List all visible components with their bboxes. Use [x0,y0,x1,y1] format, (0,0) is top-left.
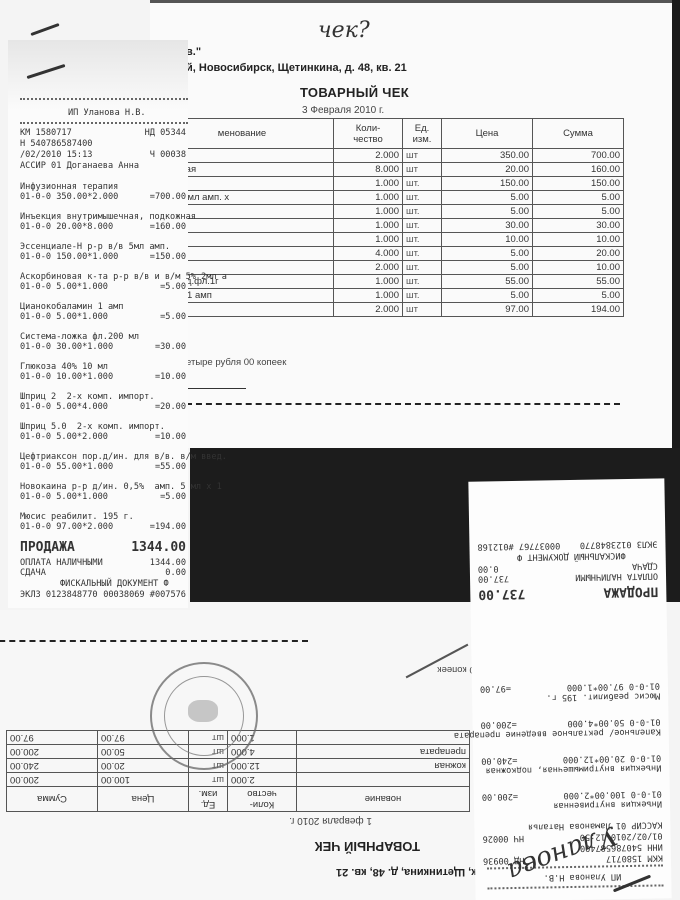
slip-title: ТОВАРНЫЙ ЧЕК [315,839,420,854]
cell-qty: 2.000 [334,303,403,317]
cell-price: 5.00 [442,261,533,275]
item-sum: =97.00 [480,683,511,694]
cash-value: 737.00 [478,573,509,584]
item-sum: =10.00 [155,432,186,442]
cell-unit: шт. [403,275,442,289]
item-sum: =5.00 [160,312,186,322]
item-calc: 01-0-0 100.00*2.000 [563,788,661,800]
item-name: Шприц 5.0 2-х комп. импорт. [20,422,165,432]
cell-qty: 2.000 [334,149,403,163]
cell-sum: 20.00 [533,247,624,261]
cell-price: 5.00 [442,205,533,219]
item-calc: 01-0-0 5.00*2.000 [20,432,108,442]
table-row: 1.000шт.5.005.00 [151,205,624,219]
check-number: Ч 00038 [150,150,186,160]
cell-qty: 1.000 [334,233,403,247]
cell-price: 5.00 [442,289,533,303]
cell-qty: 1.000 [334,177,403,191]
item-sum: =150.00 [150,252,186,262]
cell-price: 30.00 [442,219,533,233]
item-calc: 01-0-0 350.00*2.000 [20,192,118,202]
cell-sum: 10.00 [533,261,624,275]
cell-sum: 150.00 [533,177,624,191]
cell-sum: 5.00 [533,205,624,219]
seller-name: ИП Уланова Н.В. [68,108,146,118]
table-row: /м 5% 2мл амп. х1.000шт.5.005.00 [151,191,624,205]
cell-unit: шт [403,149,442,163]
fiscal-document: ФИСКАЛЬНЫЙ ДОКУМЕНТ Ф [60,579,169,589]
item-calc: 01-0-0 5.00*1.000 [20,312,108,322]
cell-unit: шт. [403,205,442,219]
cash-label: ОПЛАТА НАЛИЧНЫМИ [575,570,658,581]
cell-unit: шт. [403,247,442,261]
sale-label: ПРОДАЖА [20,540,75,555]
item-name: Цефтриаксон пор.д/ин. для в/в. в/м введ. [20,452,227,462]
item-calc: 01-0-0 50.00*4.000 [567,716,660,728]
cell-qty: 2.000 [228,773,297,787]
item-calc: 01-0-0 55.00*1.000 [20,462,113,472]
cell-unit: шт [403,303,442,317]
kkm-number: КМ 1580717 [20,128,72,138]
item-name: Инъекция внутримышечная, подкожная [20,212,196,222]
cut-line [186,403,620,405]
change-label: СДАЧА [632,560,658,570]
column-header: Коли- чество [228,787,297,812]
item-sum: =200.00 [482,791,518,802]
cell-name: кожная [297,759,470,773]
cash-register-receipt-left: ИП Уланова Н.В. КМ 1580717 НД 05344 Н 54… [8,40,188,608]
cell-sum: 30.00 [533,219,624,233]
item-name: Инъекция внутривенная [553,798,662,810]
cell-unit: шт [403,163,442,177]
cell-qty: 1.000 [334,219,403,233]
item-calc: 01-0-0 20.00*12.000 [563,752,661,764]
item-sum: =5.00 [160,492,186,502]
kkm-number: ККМ 1580717 [606,852,663,863]
table-row: л.1.000шт.150.00150.00 [151,177,624,191]
sale-label: ПРОДАЖА [603,583,658,599]
column-header: Ед. изм. [189,787,228,812]
cell-qty: 1.000 [334,275,403,289]
doc-numbers: 00038069 #007576 [103,590,186,600]
item-sum: =700.00 [150,192,186,202]
doc-numbers: 00037767 #012168 [477,540,560,551]
item-calc: 01-0-0 10.00*1.000 [20,372,113,382]
cell-sum: 160.00 [533,163,624,177]
total-in-words: етыре рубля 00 копеек [186,357,286,368]
handwritten-note: чек? [318,18,370,43]
item-name: Шприц 2 2-х комп. импорт. [20,392,155,402]
item-name: Глюкоза 40% 10 мл [20,362,108,372]
cell-unit: шт [189,773,228,787]
cut-line [0,640,308,642]
item-calc: 01-0-0 150.00*1.000 [20,252,118,262]
cell-price: 5.00 [442,247,533,261]
round-stamp [150,662,258,770]
table-row: 1.000шт.30.0030.00 [151,219,624,233]
item-sum: =10.00 [155,372,186,382]
slip-title: ТОВАРНЫЙ ЧЕК [300,85,409,100]
item-sum: =160.00 [150,222,186,232]
cell-sum: 194.00 [533,303,624,317]
cell-price: 350.00 [442,149,533,163]
column-header: Цена [442,119,533,149]
table-row: 2.000шт100.00200.00 [7,773,470,787]
cell-unit: шт. [403,233,442,247]
cell-price: 100.00 [98,773,189,787]
cell-qty: 4.000 [334,247,403,261]
change-label: СДАЧА [20,568,46,578]
table-row: п. 5 мл 1 амп1.000шт.5.005.00 [151,289,624,303]
receipt-datetime: /02/2010 15:13 [20,150,92,160]
table-row: 1.000шт.10.0010.00 [151,233,624,247]
table-row: кожная12.000шт20.00240.00 [7,759,470,773]
item-sum: =240.00 [481,755,517,766]
inn-number: Н 540786587400 [20,139,92,149]
item-calc: 01-0-0 30.00*1.000 [20,342,113,352]
cell-sum: 5.00 [533,191,624,205]
org-name: в." [186,46,201,58]
item-sum: =200.00 [481,719,517,730]
item-calc: 01-0-0 5.00*1.000 [20,282,108,292]
cell-price: 10.00 [442,233,533,247]
item-name: Цианокобаламин 1 амп [20,302,123,312]
change-value: 0.00 [165,568,186,578]
signature-line [186,388,246,389]
sale-total: 737.00 [478,586,525,602]
cell-sum: 97.00 [7,731,98,745]
cell-qty: 2.000 [334,261,403,275]
cell-unit: шт. [403,261,442,275]
item-calc: 01-0-0 97.00*2.000 [20,522,113,532]
cell-sum: 5.00 [533,289,624,303]
fiscal-document: ФИСКАЛЬНЫЙ ДОКУМЕНТ Ф [517,550,626,562]
cell-qty: 1.000 [334,289,403,303]
item-sum: =5.00 [160,282,186,292]
item-name: Инфузионная терапия [20,182,118,192]
cell-unit: шт. [403,191,442,205]
column-header: нование [297,787,470,812]
table-row: одкожная8.000шт20.00160.00 [151,163,624,177]
cell-qty: 1.000 [334,191,403,205]
change-value: 0.00 [478,563,499,573]
item-calc: 01-0-0 5.00*1.000 [20,492,108,502]
org-address: й, Новосибирск, Щетинкина, д. 48, кв. 21 [186,62,407,74]
cell-name [297,773,470,787]
cell-unit: шт. [403,177,442,191]
item-name: Эссенциале-Н р-р в/в 5мл амп. [20,242,170,252]
pen-mark [30,23,59,36]
cell-price: 150.00 [442,177,533,191]
slip-date: 3 Февраля 2010 г. [302,105,384,116]
item-calc: 01-0-0 5.00*4.000 [20,402,108,412]
table-row: 4.000шт.5.0020.00 [151,247,624,261]
cell-unit: шт. [403,289,442,303]
cell-name: препарата [297,745,470,759]
eklz-number: ЭКЛЗ 0123848770 [20,590,98,600]
sale-total: 1344.00 [131,540,186,555]
slip-date: 1 февраля 2010 г. [289,815,372,826]
column-header: Коли- чество [334,119,403,149]
column-header: Ед. изм. [403,119,442,149]
cash-value: 1344.00 [150,558,186,568]
column-header: Сумма [533,119,624,149]
item-calc: 01-0-0 97.00*1.000 [567,680,660,692]
cashier: АССИР 01 Доганаева Анна [20,161,139,171]
cell-price: 97.00 [442,303,533,317]
check-number: НЧ 00026 [482,833,524,844]
table-row: 2.000шт97.00194.00 [151,303,624,317]
cell-sum: 10.00 [533,233,624,247]
cell-price: 5.00 [442,191,533,205]
item-sum: =30.00 [155,342,186,352]
cell-sum: 200.00 [7,745,98,759]
cell-sum: 700.00 [533,149,624,163]
item-name: Новокаина р-р д/ин. 0,5% амп. 5 мл х 1 [20,482,222,492]
cell-qty: 1.000 [334,205,403,219]
column-header: Сумма [7,787,98,812]
cell-price: 20.00 [442,163,533,177]
nd-number: НД 05344 [145,128,186,138]
goods-table-top: менованиеКоли- чествоЕд. изм.ЦенаСумма 2… [150,118,624,317]
cell-sum: 200.00 [7,773,98,787]
item-sum: =194.00 [150,522,186,532]
cell-qty: 8.000 [334,163,403,177]
item-sum: =55.00 [155,462,186,472]
seller-name: ИП Уланова Н.В. [544,871,622,882]
eklz-number: ЭКЛЗ 0123848770 [580,538,658,549]
cell-price: 55.00 [442,275,533,289]
cell-name [297,731,470,745]
item-name: Аскорбиновая к-та р-р в/в и в/м 5% 2мл а [20,272,227,282]
item-sum: =20.00 [155,402,186,412]
cash-label: ОПЛАТА НАЛИЧНЫМИ [20,558,103,568]
item-name: Система-ложка фл.200 мл [20,332,139,342]
item-name: Мюсис реабилит. 195 г. [546,690,660,702]
cell-qty: 12.000 [228,759,297,773]
column-header: Цена [98,787,189,812]
item-calc: 01-0-0 20.00*8.000 [20,222,113,232]
cell-unit: шт. [403,219,442,233]
table-row: 2.000шт350.00700.00 [151,149,624,163]
cell-sum: 240.00 [7,759,98,773]
cell-sum: 55.00 [533,275,624,289]
item-name: Мюсис реабилит. 195 г. [20,512,134,522]
